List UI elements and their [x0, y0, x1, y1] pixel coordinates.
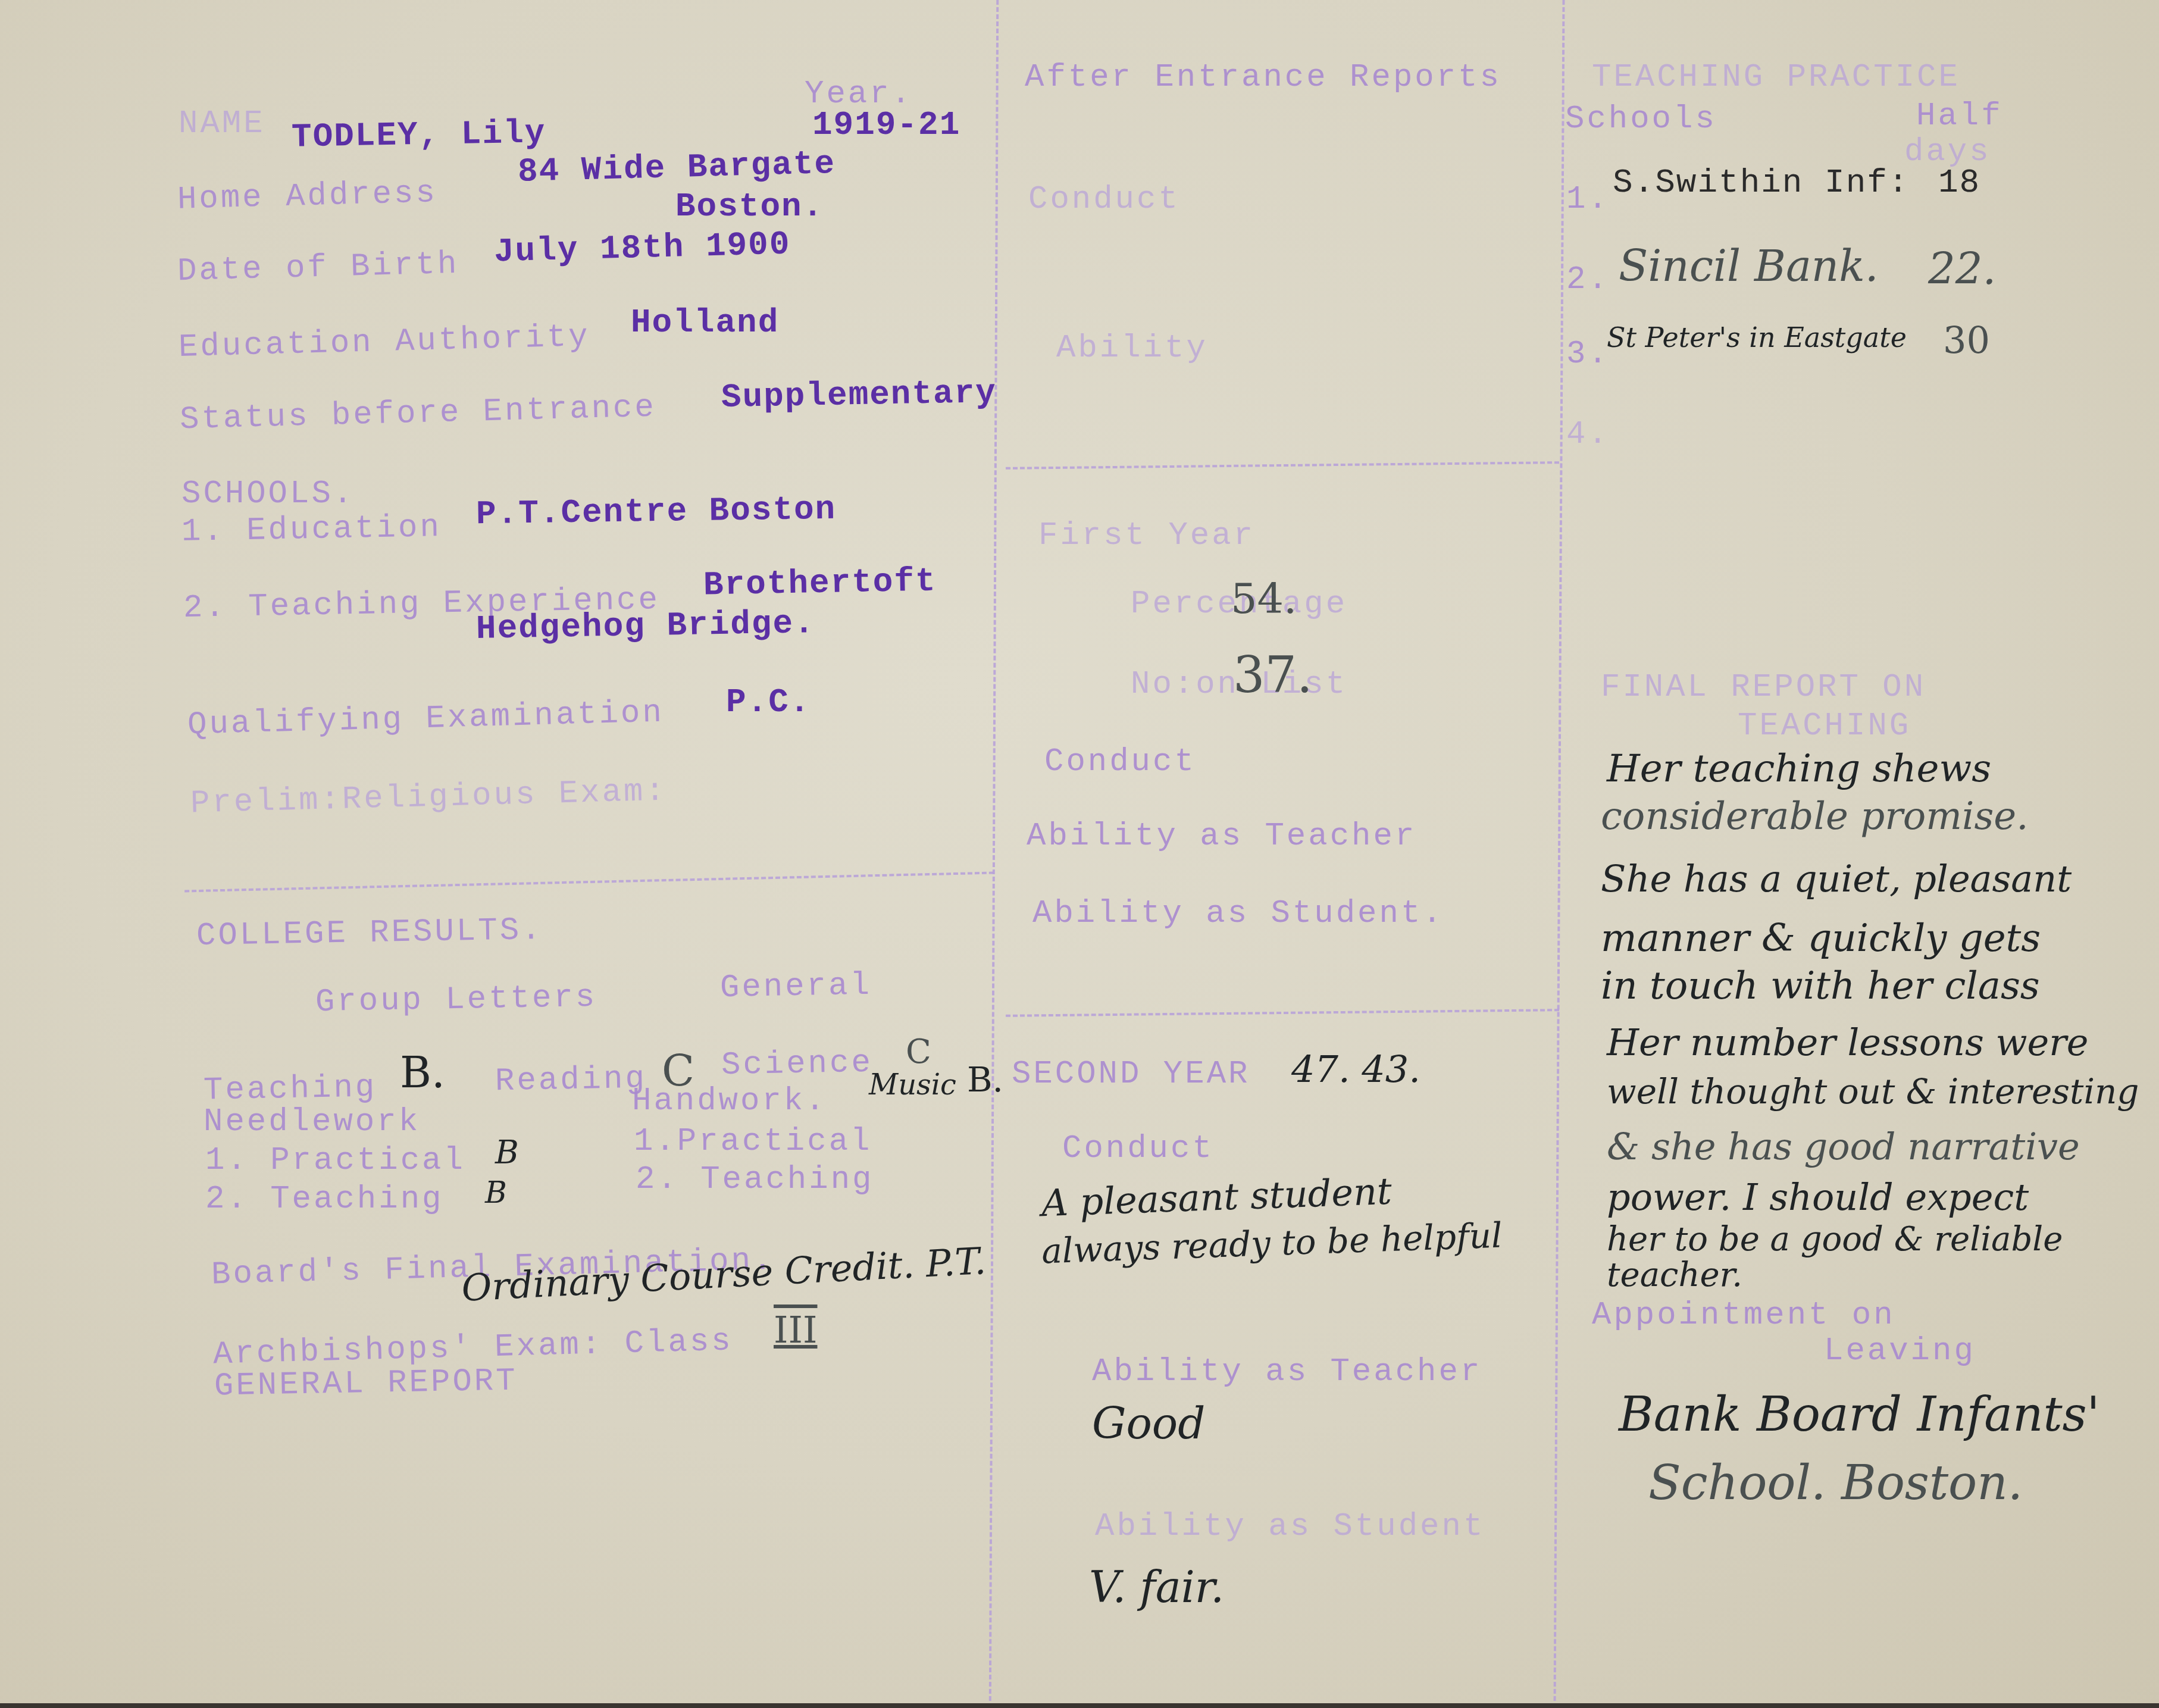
final-report-heading-2: TEACHING: [1738, 708, 1911, 744]
first-year-heading: First Year: [1038, 518, 1255, 554]
after-entrance-heading: After Entrance Reports: [1025, 60, 1501, 96]
column-divider-left: [989, 0, 999, 1708]
second-year-heading: SECOND YEAR: [1012, 1056, 1250, 1093]
final-report-line: considerable promise.: [1601, 794, 2028, 839]
needlework-teaching-label: 2. Teaching: [205, 1181, 443, 1218]
college-results-heading: COLLEGE RESULTS.: [196, 912, 543, 955]
practice-row-1-school: S.Swithin Inf:: [1613, 164, 1909, 202]
final-report-line: power. I should expect: [1607, 1175, 2029, 1219]
practice-row-4-num: 4.: [1566, 417, 1610, 453]
year-value: 1919-21: [812, 106, 960, 144]
practice-row-2-days: 22.: [1928, 244, 1997, 294]
education-label: 1. Education: [182, 509, 442, 550]
second-year-ability-student-label: Ability as Student: [1095, 1509, 1485, 1545]
appointment-line2: School. Boston.: [1648, 1455, 2023, 1510]
final-report-heading-1: FINAL REPORT ON: [1601, 670, 1926, 706]
final-report-line: teacher.: [1607, 1256, 1742, 1294]
first-year-conduct-label: Conduct: [1044, 744, 1196, 780]
second-year-ability-teacher-label: Ability as Teacher: [1092, 1354, 1482, 1390]
second-year-conduct-line2: always ready to be helpful: [1041, 1215, 1503, 1272]
science-label: Science: [721, 1045, 873, 1084]
needlework-label: Needlework: [204, 1104, 420, 1140]
teaching-grade: B.: [400, 1047, 445, 1097]
reading-label: Reading: [495, 1061, 647, 1100]
student-name: TODLEY, Lily: [291, 114, 546, 156]
qualifying-exam-label: Qualifying Examination: [187, 695, 664, 744]
needlework-practical-grade: B: [495, 1134, 519, 1171]
teaching-label: Teaching: [203, 1069, 377, 1109]
handwork-practical-label: 1.Practical: [634, 1124, 872, 1160]
status-label: Status before Entrance: [179, 390, 656, 439]
handwork-teaching-label: 2. Teaching: [636, 1162, 874, 1198]
middle-top-divider: [1006, 461, 1559, 470]
home-address-label: Home Address: [177, 175, 437, 218]
final-report-line: & she has good narrative: [1607, 1125, 2080, 1168]
practice-row-2-num: 2.: [1566, 262, 1610, 298]
education-value: P.T.Centre Boston: [476, 490, 837, 533]
qualifying-exam-value: P.C.: [726, 683, 811, 721]
music-grade: B.: [967, 1059, 1003, 1100]
music-label: Music: [869, 1068, 956, 1102]
home-address-line1: 84 Wide Bargate: [517, 145, 836, 191]
practice-row-1-days: 18: [1938, 164, 1980, 202]
name-label: NAME: [179, 106, 265, 142]
middle-bottom-divider: [1006, 1009, 1559, 1017]
schools-label: SCHOOLS.: [182, 476, 355, 512]
final-report-line: her to be a good & reliable: [1607, 1220, 2063, 1259]
second-year-conduct-line1: A pleasant student: [1041, 1169, 1393, 1225]
handwork-label: Handwork.: [632, 1083, 827, 1119]
practice-row-3-school: St Peter's in Eastgate: [1607, 321, 1907, 354]
dob-value: July 18th 1900: [493, 225, 791, 271]
student-record-card: NAME TODLEY, Lily Year. 1919-21 Home Add…: [0, 0, 2159, 1708]
teaching-practice-half-label: Half: [1916, 98, 2003, 134]
second-year-ability-student: V. fair.: [1089, 1562, 1224, 1612]
appointment-label-1: Appointment on: [1592, 1297, 1895, 1334]
needlework-practical-label: 1. Practical: [205, 1143, 465, 1179]
first-year-ability-teacher-label: Ability as Teacher: [1027, 818, 1416, 855]
column-divider-right: [1553, 0, 1565, 1708]
first-year-percentage: 54.: [1231, 574, 1297, 623]
home-address-line2: Boston.: [675, 187, 824, 226]
appointment-line1: Bank Board Infants': [1619, 1387, 2100, 1442]
education-authority-value: Holland: [631, 304, 779, 342]
final-report-line: in touch with her class: [1601, 964, 2040, 1008]
final-report-line: She has a quiet, pleasant: [1601, 857, 2072, 900]
practice-row-3-num: 3.: [1566, 336, 1610, 373]
final-report-line: Her teaching shews: [1607, 747, 1991, 791]
education-authority-label: Education Authority: [178, 319, 590, 366]
prelim-religious-label: Prelim:Religious Exam:: [190, 774, 667, 822]
final-report-line: well thought out & interesting: [1607, 1071, 2139, 1112]
card-bottom-edge: [0, 1703, 2159, 1708]
general-report-label: GENERAL REPORT: [214, 1363, 518, 1405]
second-year-conduct-label: Conduct: [1062, 1131, 1214, 1167]
needlework-teaching-grade: B: [485, 1175, 507, 1210]
teaching-practice-schools-label: Schools: [1565, 101, 1717, 137]
practice-row-1-num: 1.: [1566, 182, 1610, 218]
after-entrance-conduct-label: Conduct: [1028, 182, 1180, 218]
status-value: Supplementary: [721, 374, 997, 417]
group-letters-label: Group Letters: [315, 980, 597, 1021]
after-entrance-ability-label: Ability: [1056, 330, 1208, 367]
second-year-scores: 47. 43.: [1291, 1047, 1420, 1091]
appointment-label-2: Leaving: [1824, 1333, 1976, 1369]
final-report-line: manner & quickly gets: [1601, 916, 2041, 961]
teaching-experience-line1: Brothertoft: [703, 562, 937, 605]
general-label: General: [719, 968, 872, 1006]
final-report-line: Her number lessons were: [1607, 1021, 2089, 1064]
practice-row-3-days: 30: [1943, 318, 1990, 362]
second-year-ability-teacher: Good: [1092, 1399, 1205, 1449]
dob-label: Date of Birth: [177, 246, 459, 290]
practice-row-2-school: Sincil Bank.: [1619, 241, 1879, 291]
teaching-experience-line2: Hedgehog Bridge.: [475, 604, 815, 648]
left-section-divider: [184, 872, 994, 893]
teaching-practice-heading: TEACHING PRACTICE: [1592, 60, 1960, 96]
science-grade: C: [906, 1033, 931, 1071]
archbishops-class: III: [774, 1308, 817, 1352]
first-year-ability-student-label: Ability as Student.: [1032, 896, 1444, 932]
first-year-list-no: 37.: [1233, 646, 1313, 704]
